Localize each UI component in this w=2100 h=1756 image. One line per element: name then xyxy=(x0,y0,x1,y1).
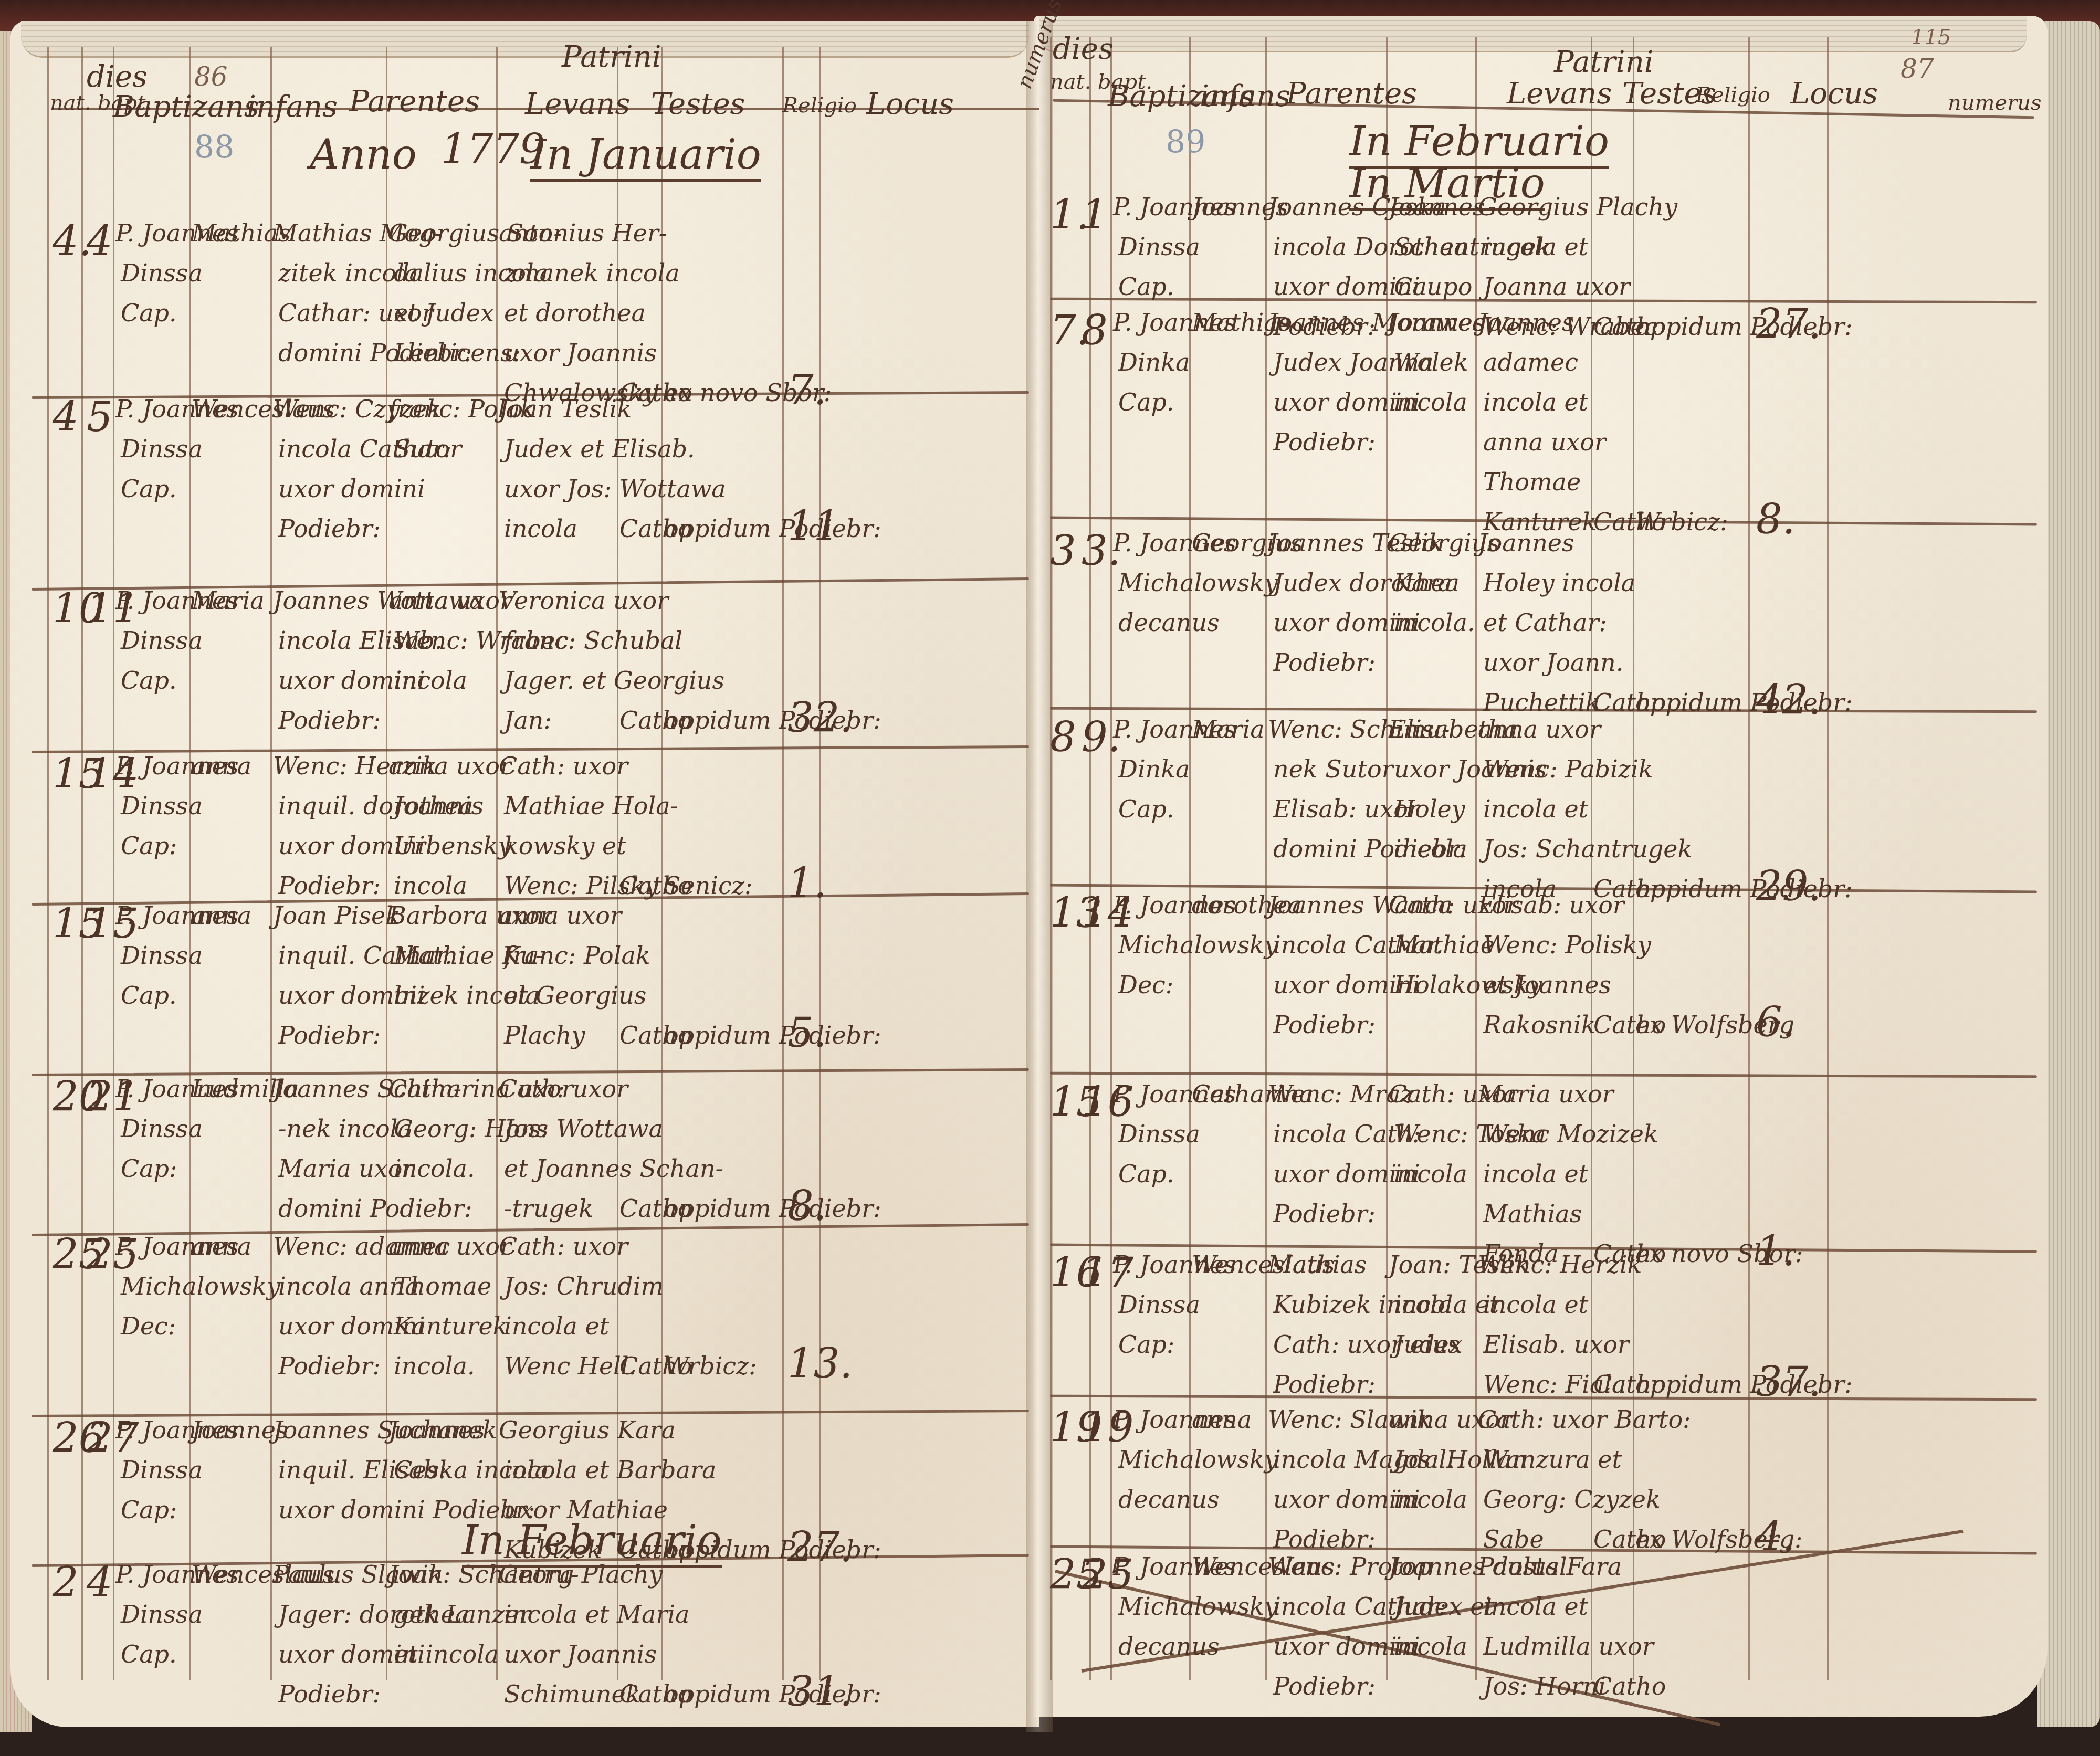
witnesses: Wenc: Herzik xyxy=(1478,1252,1642,1277)
baptizans-priest: Cap: xyxy=(1118,1332,1175,1357)
locality: Wrbicz: xyxy=(664,1353,757,1379)
month-break-februario: In Februario xyxy=(462,1520,722,1568)
baptizans-priest: Dinssa xyxy=(121,793,203,818)
entry-number: 1. xyxy=(787,863,826,906)
witnesses: Joanna uxor xyxy=(1483,274,1630,299)
religion: Catho xyxy=(1593,1674,1666,1699)
entry-number: 11 xyxy=(787,506,839,549)
witnesses: Georg: Czyzek xyxy=(1483,1487,1661,1512)
godparent-levans: Holey xyxy=(1394,796,1465,822)
baptizans-priest: Cap. xyxy=(121,476,177,501)
godparent-levans: incola xyxy=(394,668,467,693)
godparent-levans: incola. xyxy=(1394,610,1475,635)
entry-number: 8. xyxy=(787,1185,826,1228)
baptizans-priest: Dinssa xyxy=(121,1116,203,1141)
godparent-levans: anna uxor xyxy=(388,588,511,613)
godparent-levans: incola xyxy=(1394,836,1467,861)
baptizans-priest: Cap: xyxy=(121,833,177,858)
godparent-levans: Sutor xyxy=(394,436,461,461)
witnesses: franc: Polak xyxy=(504,943,650,968)
witnesses: incola et xyxy=(1483,796,1588,822)
infant-name: anna xyxy=(192,1234,251,1259)
witnesses: Jos: Wottawa xyxy=(504,1116,663,1141)
entry-number: 32. xyxy=(787,697,853,740)
witnesses: Joannes xyxy=(1478,310,1574,335)
entry-number: 42. xyxy=(1756,679,1821,722)
header-religio: Religio xyxy=(782,94,857,117)
column-rule xyxy=(1748,37,1750,1680)
godparent-levans: Thomae xyxy=(394,1274,491,1299)
entry-number: 37. xyxy=(1756,1361,1821,1404)
baptizans-priest: Dec: xyxy=(1118,972,1173,997)
baptizans-priest: Dinssa xyxy=(121,943,203,968)
parents: Podiebr: xyxy=(278,708,381,733)
witnesses: Rakosnik xyxy=(1483,1012,1596,1037)
entry-number: 27. xyxy=(1756,303,1821,346)
baptizans-priest: Michalowsky xyxy=(1118,570,1278,595)
header-numerus: numerus xyxy=(1948,92,2042,114)
locality: Wrbicz: xyxy=(1635,509,1728,534)
witnesses: Wenc Hell. xyxy=(504,1353,636,1379)
parents: Joan Pisek xyxy=(273,903,400,928)
baptizans-priest: decanus xyxy=(1118,1634,1220,1659)
folio-number: 86 xyxy=(194,63,228,91)
parents: -nek incola xyxy=(278,1116,412,1141)
witnesses: Jos: Chrudim xyxy=(504,1274,664,1299)
baptizans-priest: Cap: xyxy=(121,1497,177,1522)
entry-number: 4. xyxy=(1756,1516,1795,1559)
witnesses: adamec xyxy=(1483,350,1578,375)
witnesses: Jos: Schantrugek xyxy=(1483,836,1692,861)
day-baptized: 1 xyxy=(1081,194,1108,237)
baptizans-priest: Michalowsky xyxy=(1118,1447,1278,1472)
witnesses: incola et Barbara xyxy=(504,1457,716,1482)
godparent-levans: Wolek xyxy=(1394,350,1468,375)
baptizans-priest: Dinssa xyxy=(121,1602,203,1627)
godparent-levans: Lenticens: xyxy=(394,340,521,365)
witnesses: kowsky et xyxy=(504,833,626,858)
baptizans-priest: Michalowsky xyxy=(1118,1594,1278,1619)
parents: Podiebr: xyxy=(1273,1201,1375,1226)
witnesses: Elisab: uxor xyxy=(1478,892,1624,918)
entry-number: 8. xyxy=(1756,499,1795,542)
baptizans-priest: Dinssa xyxy=(121,1457,203,1482)
witnesses: Cath: uxor xyxy=(499,753,628,779)
day-baptized: 4 xyxy=(87,1562,113,1605)
baptizans-priest: decanus xyxy=(1118,610,1220,635)
day-born: 4. xyxy=(52,220,91,264)
witnesses: Plachy xyxy=(504,1023,585,1048)
entry-number: 27. xyxy=(787,1527,853,1570)
header-infans: infans xyxy=(247,92,338,123)
locality: Senicz: xyxy=(664,873,753,898)
witnesses: Jan: xyxy=(504,708,552,733)
witnesses: Ludmilla uxor xyxy=(1483,1634,1654,1659)
day-born: 4 xyxy=(52,396,79,439)
parents: Podiebr: xyxy=(278,1353,381,1379)
witnesses: uxor Joannis xyxy=(504,340,657,365)
parents: uxor domini xyxy=(278,476,425,501)
baptizans-priest: decanus xyxy=(1118,1487,1220,1512)
witnesses: incola xyxy=(504,516,577,541)
header-baptizans: Baptizans xyxy=(113,92,259,123)
title-anno: Anno xyxy=(310,134,417,179)
baptizans-priest: Cap. xyxy=(121,983,177,1008)
baptizans-priest: Dinssa xyxy=(121,436,203,461)
baptizans-priest: Dinssa xyxy=(121,628,203,653)
pencil-folio: 89 xyxy=(1165,126,1205,159)
witnesses: incola et xyxy=(504,1313,609,1339)
godparent-levans: Joannes xyxy=(1389,194,1485,219)
entry-number: 29. xyxy=(1756,866,1821,909)
baptizans-priest: Cap: xyxy=(121,1156,177,1181)
column-rule xyxy=(782,47,784,1680)
parents: Mathias xyxy=(1268,1252,1367,1277)
folio-number: 87 xyxy=(1900,55,1934,83)
parents: Podiebr: xyxy=(278,1681,381,1707)
witnesses: Joan Teslik xyxy=(499,396,632,422)
baptizans-priest: Michalowsky xyxy=(1118,932,1278,958)
locality: oppidum Podiebr: xyxy=(664,1023,881,1048)
witnesses: Paulus Fara xyxy=(1478,1554,1622,1579)
witnesses: Mathiae Hola- xyxy=(504,793,678,818)
godparent-levans: incola xyxy=(394,873,467,898)
parents: Podiebr: xyxy=(278,873,381,898)
witnesses: uxor Joannis xyxy=(504,1642,657,1667)
header-parentes: Parentes xyxy=(1286,79,1417,110)
pencil-folio: 88 xyxy=(194,131,234,164)
header-parentes: Parentes xyxy=(349,87,480,118)
day-born: 3 xyxy=(1050,530,1076,573)
witnesses: Judex et Elisab. xyxy=(504,436,695,461)
godparent-levans: Urbensky xyxy=(394,833,512,858)
title-year: 1779 xyxy=(441,129,545,174)
witnesses: incola et xyxy=(1483,1292,1588,1317)
baptizans-priest: Dinssa xyxy=(1118,234,1200,259)
witnesses: Cath: uxor Barto: xyxy=(1478,1407,1691,1432)
witnesses: Thomae xyxy=(1483,469,1581,495)
witnesses: uxor Joann. xyxy=(1483,650,1623,675)
entry-number: 5. xyxy=(787,1012,826,1055)
infant-name: anna xyxy=(192,903,251,928)
baptizans-priest: Cap. xyxy=(1118,796,1174,822)
witnesses: et Joannes Schan- xyxy=(504,1156,723,1181)
infant-name: Maria xyxy=(192,588,265,613)
column-rule xyxy=(47,47,49,1680)
godparent-levans: et incola xyxy=(394,1642,499,1667)
parents: Podiebr: xyxy=(278,1023,381,1048)
witnesses: anna uxor xyxy=(1478,717,1601,742)
witnesses: anna uxor xyxy=(1483,429,1606,455)
godparent-levans: anna uxor xyxy=(388,1234,511,1259)
parents: Podiebr: xyxy=(1273,429,1375,455)
parents: domini Podiebr: xyxy=(278,1196,472,1221)
witnesses: Veronica uxor xyxy=(499,588,668,613)
book-gutter xyxy=(1026,21,1053,1732)
godparent-levans: incola xyxy=(1394,390,1467,415)
witnesses: -trugek xyxy=(504,1196,593,1221)
witnesses: antonius Her- xyxy=(499,220,667,246)
godparent-levans: Joannes xyxy=(1389,310,1485,335)
witnesses: incola et Maria xyxy=(504,1602,690,1627)
infant-name: Maria xyxy=(1192,717,1265,742)
title-month-januario: In Januario xyxy=(530,134,761,182)
entry-number: 6. xyxy=(1756,1002,1795,1045)
witnesses: incola et xyxy=(1483,234,1588,259)
parents: Podiebr: xyxy=(278,516,381,541)
witnesses: Elisab. uxor xyxy=(1483,1332,1629,1357)
witnesses: Joannes xyxy=(1478,530,1574,555)
day-born: 8 xyxy=(1050,717,1076,760)
witnesses: Wenc: Pabizik xyxy=(1483,756,1653,782)
parents: Podiebr: xyxy=(1273,650,1375,675)
column-rule xyxy=(1827,37,1829,1680)
witnesses: Jos: Horni xyxy=(1483,1674,1606,1699)
godparent-levans: incola xyxy=(1394,1634,1467,1659)
godparent-levans: incola. xyxy=(394,1353,475,1379)
godparent-levans: Kara xyxy=(1394,570,1452,595)
column-rule xyxy=(1265,37,1267,1680)
baptizans-priest: Cap. xyxy=(121,1642,177,1667)
witnesses: et Georgius xyxy=(504,983,646,1008)
witnesses: et Joannes xyxy=(1483,972,1611,997)
baptizans-priest: Cap. xyxy=(1118,1161,1174,1186)
parents: Podiebr: xyxy=(1273,1527,1375,1552)
witnesses: Wenc: Polisky xyxy=(1483,932,1651,958)
locality: oppidum Podiebr: xyxy=(664,1196,881,1221)
entry-number: 13. xyxy=(787,1343,853,1386)
baptizans-priest: Michalowsky xyxy=(121,1274,280,1299)
header-levans: Levans xyxy=(1507,79,1612,110)
godparent-levans: incola xyxy=(1394,1161,1467,1186)
witnesses: Mathias xyxy=(1483,1201,1582,1226)
witnesses: franc: Schubal xyxy=(504,628,682,653)
parents: Podiebr: xyxy=(1273,1012,1375,1037)
godparent-levans: incola. xyxy=(394,1156,475,1181)
header-patrini: Patrini xyxy=(562,42,661,73)
witnesses: Cath: uxor xyxy=(499,1234,628,1259)
header-religio: Religio xyxy=(1696,84,1770,106)
godparent-levans: Kanturek xyxy=(394,1313,508,1339)
godparent-levans: Caupo xyxy=(1394,274,1472,299)
godparent-levans: Judex xyxy=(1394,1332,1463,1357)
parents: Podiebr: xyxy=(1273,1372,1375,1397)
header-testes: Testes xyxy=(651,89,745,120)
witnesses: incola et xyxy=(1483,1594,1588,1619)
baptizans-priest: Dinka xyxy=(1118,350,1190,375)
header-infans: infans xyxy=(1200,81,1290,112)
day-born: 2 xyxy=(52,1562,79,1605)
witnesses: Sabe xyxy=(1483,1527,1544,1552)
left-page-top-curl xyxy=(21,21,1029,58)
witnesses: Georgius Plachy xyxy=(1478,194,1677,219)
witnesses: Jager. et Georgius xyxy=(504,668,724,693)
godparent-levans: Joannis xyxy=(394,793,484,818)
godparent-levans: anna uxor xyxy=(388,753,511,779)
witnesses: incola et xyxy=(1483,390,1588,415)
header-patrini: Patrini xyxy=(1554,47,1654,78)
witnesses: et dorothea xyxy=(504,300,646,325)
witnesses: et Cathar: xyxy=(1483,610,1607,635)
baptizans-priest: Cap. xyxy=(121,668,177,693)
entry-number: 1. xyxy=(1756,1231,1795,1274)
godparent-levans: et Judex xyxy=(394,300,494,325)
day-baptized: 4 xyxy=(87,220,113,264)
witnesses: anna uxor xyxy=(499,903,622,928)
baptizans-priest: Dinssa xyxy=(1118,1292,1200,1317)
parents: Podiebr: xyxy=(1273,1674,1375,1699)
witnesses: Puchettik xyxy=(1483,690,1600,715)
locality: oppidum Podiebr: xyxy=(664,516,881,541)
baptizans-priest: Dinka xyxy=(1118,756,1190,782)
entry-number: 7. xyxy=(787,370,826,413)
baptizans-priest: Cap. xyxy=(1118,274,1174,299)
witnesses: Holey incola xyxy=(1483,570,1635,595)
witnesses: Maria uxor xyxy=(1478,1081,1614,1107)
witnesses: incola et xyxy=(1483,1161,1588,1186)
witnesses: zmanek incola xyxy=(504,260,680,286)
baptizans-priest: Cap. xyxy=(1118,390,1174,415)
header-locus: Locus xyxy=(866,89,954,120)
witnesses: Wanzura et xyxy=(1483,1447,1622,1472)
entry-number: 31. xyxy=(787,1671,853,1714)
witnesses: Cath: uxor xyxy=(499,1076,628,1101)
right-page-top-curl xyxy=(1039,16,2026,52)
day-baptized: 5 xyxy=(87,396,113,439)
folio-corner-number: 115 xyxy=(1911,26,1951,48)
witnesses: Wenc Mozizek xyxy=(1483,1121,1658,1147)
header-levans: Levans xyxy=(525,89,630,120)
day-baptized: 8 xyxy=(1081,310,1108,353)
baptizans-priest: Dec: xyxy=(121,1313,176,1339)
header-dies: dies xyxy=(1053,34,1114,65)
baptizans-priest: Dinssa xyxy=(1118,1121,1200,1147)
witnesses: Georgius Kara xyxy=(499,1417,676,1443)
baptizans-priest: Dinssa xyxy=(121,260,203,286)
parents: nek Sutor xyxy=(1273,756,1393,782)
infant-name: anna xyxy=(192,753,251,779)
infant-name: anna xyxy=(1192,1407,1252,1432)
witnesses: uxor Jos: Wottawa xyxy=(504,476,726,501)
baptizans-priest: Cap. xyxy=(121,300,177,325)
godparent-levans: Judex et xyxy=(1394,1594,1494,1619)
godparent-levans: Joannes xyxy=(388,1417,485,1443)
header-locus: Locus xyxy=(1790,79,1878,110)
header-dies: dies xyxy=(87,62,148,93)
godparent-levans: incola xyxy=(1394,1487,1467,1512)
godparent-levans: Mathiae xyxy=(1394,932,1495,958)
